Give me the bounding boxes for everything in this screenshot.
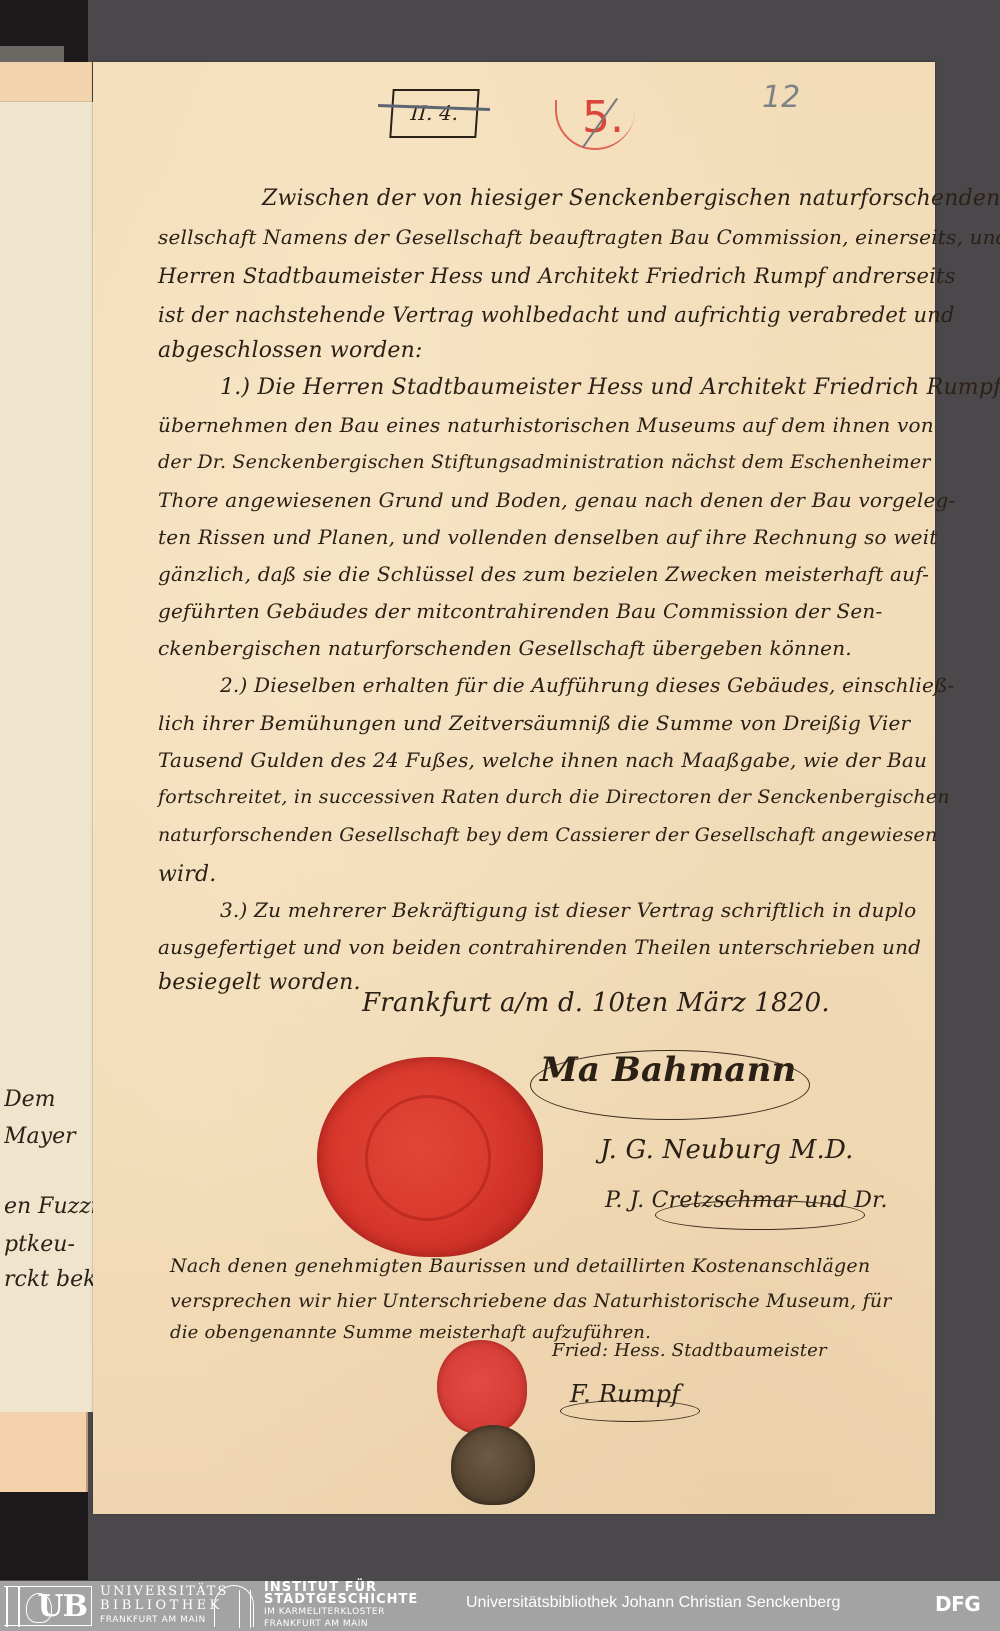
dfg-logo: DFG [935, 1592, 980, 1616]
addendum-line: Nach denen genehmigten Baurissen und det… [170, 1255, 870, 1277]
body-line: Tausend Gulden des 24 Fußes, welche ihne… [158, 748, 927, 772]
body-line: naturforschenden Gesellschaft bey dem Ca… [158, 824, 937, 846]
body-line: Zwischen der von hiesiger Senckenbergisc… [262, 186, 1000, 211]
isg-line-3: IM KARMELITERKLOSTER [264, 1606, 418, 1618]
isg-line-4: FRANKFURT AM MAIN [264, 1618, 418, 1630]
margin-fragment: Mayer [4, 1124, 94, 1149]
addendum-signature: F. Rumpf [570, 1380, 680, 1408]
body-line: der Dr. Senckenbergischen Stiftungsadmin… [158, 451, 931, 473]
addendum-signature: Fried: Hess. Stadtbaumeister [552, 1340, 827, 1361]
body-line: übernehmen den Bau eines naturhistorisch… [158, 413, 934, 437]
ub-line-2: BIBLIOTHEK [100, 1599, 228, 1613]
body-line: ckenbergischen naturforschenden Gesellsc… [158, 636, 852, 660]
isg-line-2: STADTGESCHICHTE [264, 1594, 418, 1606]
body-line: besiegelt worden. [158, 970, 361, 995]
folio-number: 12 [762, 80, 800, 115]
binding-cloth [0, 46, 64, 62]
body-line: 1.) Die Herren Stadtbaumeister Hess und … [220, 375, 1000, 400]
underlying-page: Dem Mayer en Fuzzig ptkeu- rckt bek [0, 102, 97, 1412]
underlying-page-edge [0, 62, 92, 102]
wax-seal-small-dark [451, 1425, 535, 1505]
ub-logo-bars-icon [6, 1587, 20, 1627]
signature: P. J. Cretzschmar und Dr. [605, 1188, 888, 1213]
archive-mark: II. 4. [389, 89, 479, 138]
isg-logo: INSTITUT FÜR STADTGESCHICHTE IM KARMELIT… [214, 1583, 418, 1629]
margin-fragment: rckt bek [4, 1267, 94, 1292]
ub-logo: UB UNIVERSITÄTS BIBLIOTHEK FRANKFURT AM … [4, 1583, 228, 1629]
body-line: 2.) Dieselben erhalten für die Aufführun… [220, 673, 955, 697]
body-line: ist der nachstehende Vertrag wohlbedacht… [158, 303, 955, 327]
ub-line-3: FRANKFURT AM MAIN [100, 1613, 228, 1627]
body-line: lich ihrer Bemühungen und Zeitversäumniß… [158, 711, 910, 735]
underlying-page-edge [0, 1412, 88, 1492]
body-line: ten Rissen und Planen, und vollenden den… [158, 525, 938, 549]
date-line: Frankfurt a/m d. 10ten März 1820. [362, 988, 830, 1018]
body-line: Herren Stadtbaumeister Hess und Architek… [158, 264, 956, 288]
body-line: sellschaft Namens der Gesellschaft beauf… [158, 225, 1000, 249]
body-line: fortschreitet, in successiven Raten durc… [158, 786, 950, 808]
signature: J. G. Neuburg M.D. [600, 1135, 854, 1165]
body-line: Thore angewiesenen Grund und Boden, gena… [158, 488, 956, 512]
ub-line-1: UNIVERSITÄTS [100, 1585, 228, 1599]
body-line: 3.) Zu mehrerer Bekräftigung ist dieser … [220, 898, 916, 922]
addendum-line: versprechen wir hier Unterschriebene das… [170, 1290, 892, 1312]
signature: Ma Bahmann [540, 1050, 796, 1090]
margin-fragment: en Fuzzig [4, 1194, 94, 1219]
margin-fragment: Dem [4, 1087, 94, 1112]
senckenberg-portrait-icon [26, 1593, 52, 1623]
wax-seal-small-red [437, 1340, 527, 1435]
ub-logo-mark: UB [4, 1586, 92, 1626]
body-line: wird. [158, 862, 216, 887]
arch-icon [214, 1585, 254, 1627]
body-line: abgeschlossen worden: [158, 338, 423, 363]
margin-fragment: ptkeu- [4, 1232, 94, 1257]
footer-title: Universitätsbibliothek Johann Christian … [466, 1594, 840, 1612]
body-line: ausgefertiget und von beiden contrahiren… [158, 935, 921, 959]
body-line: geführten Gebäudes der mitcontrahirenden… [158, 599, 882, 623]
body-line: gänzlich, daß sie die Schlüssel des zum … [158, 562, 929, 586]
wax-seal-large [317, 1057, 543, 1257]
